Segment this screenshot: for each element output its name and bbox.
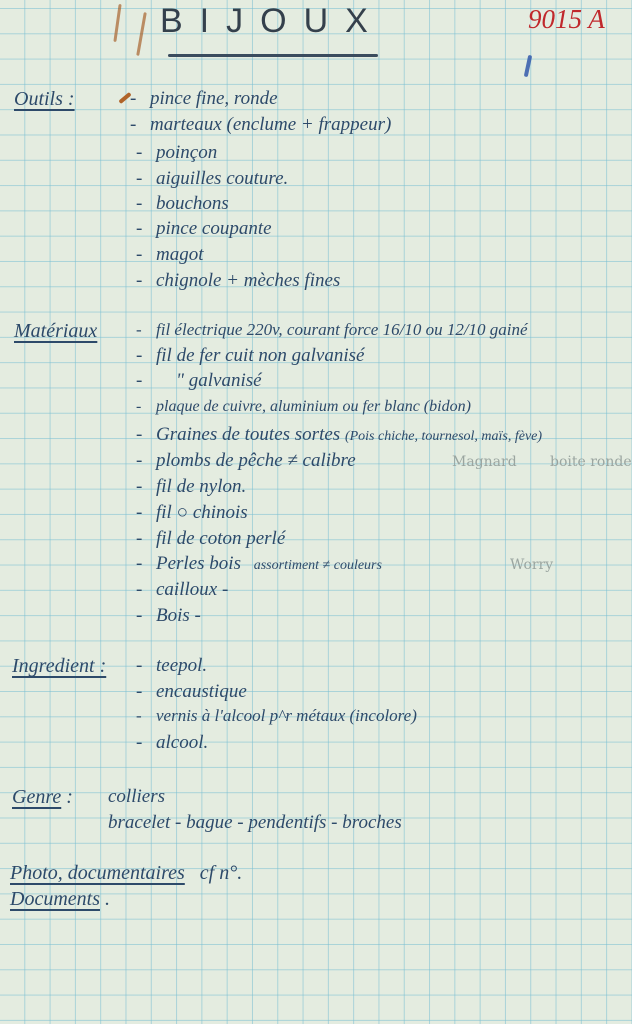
section-label-genre: Genre : xyxy=(12,786,73,809)
section-label-outils: Outils : xyxy=(14,88,75,111)
materiaux-item: -plaque de cuivre, aluminium ou fer blan… xyxy=(136,398,471,416)
outils-item: -pince fine, ronde xyxy=(130,88,278,110)
section-label-materiaux: Matériaux xyxy=(14,320,97,343)
materiaux-item: -fil de fer cuit non galvanisé xyxy=(136,345,364,367)
outils-item: -marteaux (enclume + frappeur) xyxy=(130,114,391,136)
materiaux-item: -fil de coton perlé xyxy=(136,528,285,550)
outils-item: -bouchons xyxy=(136,193,229,215)
photo-documentaires: Photo, documentaires cf n°. xyxy=(10,862,242,885)
reference-number: 9015 A xyxy=(528,4,605,35)
section-label-ingredient: Ingredient : xyxy=(12,655,106,678)
outils-item: -magot xyxy=(136,244,204,266)
materiaux-item: -" galvanisé xyxy=(136,370,262,392)
materiaux-item: -cailloux - xyxy=(136,579,228,601)
materiaux-item: -Bois - xyxy=(136,605,201,627)
outils-item: -chignole + mèches fines xyxy=(136,270,340,292)
pencil-note: Magnard xyxy=(452,454,517,470)
materiaux-item: -fil électrique 220v, courant force 16/1… xyxy=(136,320,528,340)
materiaux-item: -Graines de toutes sortes (Pois chiche, … xyxy=(136,424,542,446)
materiaux-item: -plombs de pêche ≠ calibre xyxy=(136,450,356,472)
graines-note: (Pois chiche, tournesol, maïs, fève) xyxy=(345,429,542,444)
rust-stain xyxy=(136,12,147,56)
genre-line: colliers xyxy=(108,786,165,808)
perles-note: assortiment ≠ couleurs xyxy=(254,558,382,573)
outils-item: -poinçon xyxy=(136,142,217,164)
rust-stain xyxy=(113,4,121,42)
ingredient-item: -encaustique xyxy=(136,681,247,703)
ingredient-item: -alcool. xyxy=(136,732,208,754)
pencil-note: Worry xyxy=(510,557,553,573)
ingredient-item: -vernis à l'alcool p^r métaux (incolore) xyxy=(136,706,417,726)
outils-item: -aiguilles couture. xyxy=(136,168,288,190)
title-underline xyxy=(168,54,378,57)
page-title: BIJOUX xyxy=(160,2,385,41)
materiaux-item: -Perles bois assortiment ≠ couleurs xyxy=(136,553,382,575)
materiaux-item: -fil ○ chinois xyxy=(136,502,248,524)
documents-label: Documents . xyxy=(10,888,110,911)
ink-blot xyxy=(524,55,532,77)
genre-line: bracelet - bague - pendentifs - broches xyxy=(108,812,402,834)
materiaux-item: -fil de nylon. xyxy=(136,476,246,498)
pencil-note: boite ronde xyxy=(550,454,632,470)
ingredient-item: -teepol. xyxy=(136,655,207,677)
outils-item: -pince coupante xyxy=(136,218,272,240)
